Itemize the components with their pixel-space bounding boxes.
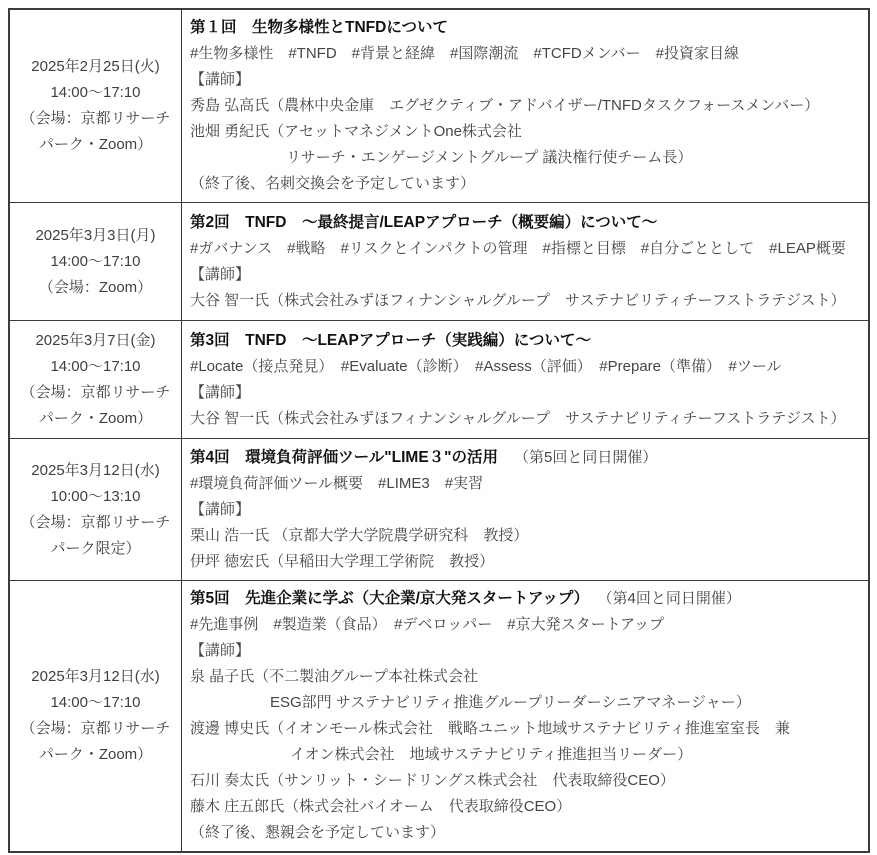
session-2-lecturer-line-1: 大谷 智一氏（株式会社みずほフィナンシャルグループ サステナビリティチーフストラ… — [190, 288, 860, 314]
session-5-lecturer-line-5: 石川 奏太氏（サンリット・シードリングス株式会社 代表取締役CEO） — [190, 768, 860, 794]
session-4-time: 10:00～13:10 — [12, 484, 179, 510]
session-row-5: 2025年3月12日(水) 14:00～17:10 （会場：京都リサーチ パーク… — [9, 581, 869, 853]
session-4-venue-line-1: （会場：京都リサーチ — [12, 510, 179, 536]
session-1-lecturer-line-2: 池畑 勇紀氏（アセットマネジメントOne株式会社 — [190, 119, 860, 145]
session-5-footnote: （終了後、懇親会を予定しています） — [190, 820, 860, 846]
session-5-details: 第5回 先進企業に学ぶ（大企業/京大発スタートアップ）（第4回と同日開催） #先… — [182, 581, 870, 853]
session-1-time: 14:00～17:10 — [12, 80, 179, 106]
session-4-lecturer-label: 【講師】 — [190, 497, 860, 523]
session-2-details: 第2回 TNFD ～最終提言/LEAPアプローチ（概要編）について～ #ガバナン… — [182, 203, 870, 321]
session-3-tags: #Locate（接点発見） #Evaluate（診断） #Assess（評価） … — [190, 354, 860, 380]
session-5-lecturer-line-6: 藤木 庄五郎氏（株式会社バイオーム 代表取締役CEO） — [190, 794, 860, 820]
session-row-4: 2025年3月12日(水) 10:00～13:10 （会場：京都リサーチ パーク… — [9, 439, 869, 581]
session-3-venue-line-2: パーク・Zoom） — [12, 406, 179, 432]
session-3-lecturer-line-1: 大谷 智一氏（株式会社みずほフィナンシャルグループ サステナビリティチーフストラ… — [190, 406, 860, 432]
session-5-lecturer-label: 【講師】 — [190, 638, 860, 664]
session-4-title: 第4回 環境負荷評価ツール"LIME３"の活用 — [190, 449, 498, 466]
session-1-venue-line-2: パーク・Zoom） — [12, 132, 179, 158]
session-5-venue-line-2: パーク・Zoom） — [12, 742, 179, 768]
session-4-tags: #環境負荷評価ツール概要 #LIME3 #実習 — [190, 471, 860, 497]
session-1-title: 第１回 生物多様性とTNFDについて — [190, 19, 448, 36]
session-5-lecturer-line-4: イオン株式会社 地域サステナビリティ推進担当リーダー） — [190, 742, 860, 768]
session-4-details: 第4回 環境負荷評価ツール"LIME３"の活用（第5回と同日開催） #環境負荷評… — [182, 439, 870, 581]
session-2-date: 2025年3月3日(月) — [12, 223, 179, 249]
session-1-tags: #生物多様性 #TNFD #背景と経緯 #国際潮流 #TCFDメンバー #投資家… — [190, 41, 860, 67]
session-5-title-note: （第4回と同日開催） — [605, 590, 741, 607]
session-5-lecturer-line-2: ESG部門 サステナビリティ推進グループリーダーシニアマネージャー） — [190, 690, 860, 716]
session-2-title: 第2回 TNFD ～最終提言/LEAPアプローチ（概要編）について～ — [190, 214, 657, 231]
session-5-title: 第5回 先進企業に学ぶ（大企業/京大発スタートアップ） — [190, 590, 589, 607]
session-3-title: 第3回 TNFD ～LEAPアプローチ（実践編）について～ — [190, 332, 591, 349]
session-row-3: 2025年3月7日(金) 14:00～17:10 （会場：京都リサーチ パーク・… — [9, 321, 869, 439]
session-4-venue-line-2: パーク限定） — [12, 536, 179, 562]
session-row-2: 2025年3月3日(月) 14:00～17:10 （会場：Zoom） 第2回 T… — [9, 203, 869, 321]
session-3-date: 2025年3月7日(金) — [12, 328, 179, 354]
session-5-date: 2025年3月12日(水) — [12, 664, 179, 690]
session-row-1: 2025年2月25日(火) 14:00～17:10 （会場：京都リサーチ パーク… — [9, 9, 869, 203]
session-1-venue-line-1: （会場：京都リサーチ — [12, 106, 179, 132]
session-4-lecturer-line-2: 伊坪 徳宏氏（早稲田大学理工学術院 教授） — [190, 549, 860, 575]
session-4-title-note: （第5回と同日開催） — [514, 449, 657, 466]
session-1-lecturer-line-1: 秀島 弘高氏（農林中央金庫 エグゼクティブ・アドバイザー/TNFDタスクフォース… — [190, 93, 860, 119]
session-1-lecturer-line-3: リサーチ・エンゲージメントグループ 議決権行使チーム長） — [190, 145, 860, 171]
session-4-lecturer-line-1: 栗山 浩一氏 （京都大学大学院農学研究科 教授） — [190, 523, 860, 549]
session-1-lecturer-label: 【講師】 — [190, 67, 860, 93]
session-5-lecturer-line-1: 泉 晶子氏（不二製油グループ本社株式会社 — [190, 664, 860, 690]
session-3-lecturer-label: 【講師】 — [190, 380, 860, 406]
session-3-venue-line-1: （会場：京都リサーチ — [12, 380, 179, 406]
session-5-lecturer-line-3: 渡邊 博史氏（イオンモール株式会社 戦略ユニット地域サステナビリティ推進室室長 … — [190, 716, 860, 742]
seminar-schedule-page: 2025年2月25日(火) 14:00～17:10 （会場：京都リサーチ パーク… — [0, 0, 877, 855]
session-5-venue-line-1: （会場：京都リサーチ — [12, 716, 179, 742]
seminar-schedule-table: 2025年2月25日(火) 14:00～17:10 （会場：京都リサーチ パーク… — [8, 8, 870, 853]
session-3-schedule: 2025年3月7日(金) 14:00～17:10 （会場：京都リサーチ パーク・… — [9, 321, 182, 439]
session-4-schedule: 2025年3月12日(水) 10:00～13:10 （会場：京都リサーチ パーク… — [9, 439, 182, 581]
session-4-date: 2025年3月12日(水) — [12, 458, 179, 484]
session-1-date: 2025年2月25日(火) — [12, 54, 179, 80]
session-2-tags: #ガバナンス #戦略 #リスクとインパクトの管理 #指標と目標 #自分ごととして… — [190, 236, 860, 262]
session-3-time: 14:00～17:10 — [12, 354, 179, 380]
session-2-lecturer-label: 【講師】 — [190, 262, 860, 288]
session-5-schedule: 2025年3月12日(水) 14:00～17:10 （会場：京都リサーチ パーク… — [9, 581, 182, 853]
session-2-time: 14:00～17:10 — [12, 249, 179, 275]
session-1-footnote: （終了後、名刺交換会を予定しています） — [190, 171, 860, 197]
session-5-time: 14:00～17:10 — [12, 690, 179, 716]
session-2-venue-line-1: （会場：Zoom） — [12, 275, 179, 301]
session-5-tags: #先進事例 #製造業（食品） #デベロッパー #京大発スタートアップ — [190, 612, 860, 638]
session-3-details: 第3回 TNFD ～LEAPアプローチ（実践編）について～ #Locate（接点… — [182, 321, 870, 439]
session-1-schedule: 2025年2月25日(火) 14:00～17:10 （会場：京都リサーチ パーク… — [9, 9, 182, 203]
session-1-details: 第１回 生物多様性とTNFDについて #生物多様性 #TNFD #背景と経緯 #… — [182, 9, 870, 203]
session-2-schedule: 2025年3月3日(月) 14:00～17:10 （会場：Zoom） — [9, 203, 182, 321]
